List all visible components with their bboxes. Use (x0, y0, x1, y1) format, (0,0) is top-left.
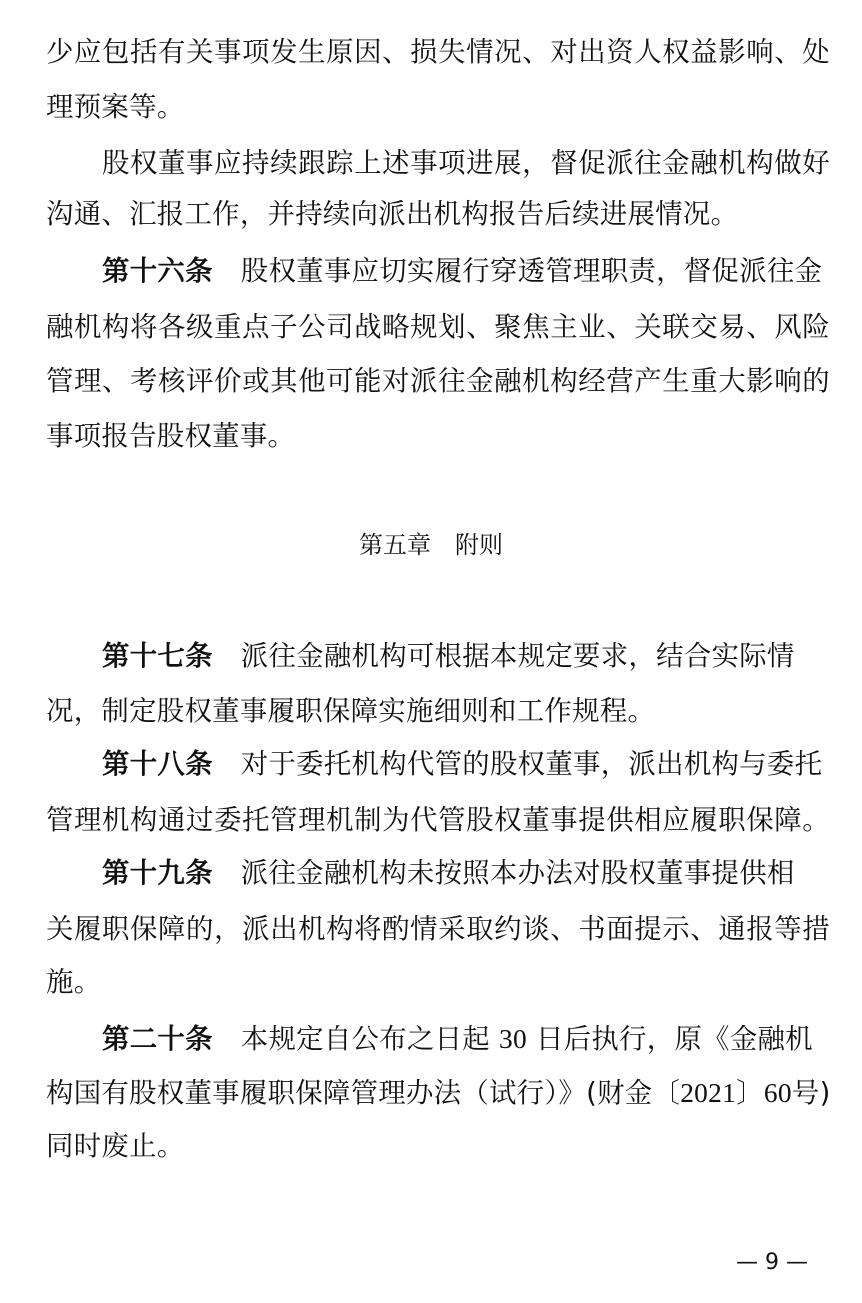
article-16-text: 股权董事应切实履行穿透管理职责，督促派往金 (241, 256, 823, 287)
article-17-line: 第十七条派往金融机构可根据本规定要求，结合实际情 (102, 640, 830, 674)
article-20-text: 〕 (736, 1078, 764, 1109)
paragraph-line: 理预案等。 (46, 91, 830, 125)
article-19-title: 第十九条 (102, 858, 213, 889)
paragraph-line: 关履职保障的，派出机构将酌情采取约谈、书面提示、通报等措 (46, 913, 830, 947)
article-20-text: 日后执行，原《金融机 (536, 1024, 813, 1055)
paragraph-line: 股权董事应持续跟踪上述事项进展，督促派往金融机构做好 (102, 147, 830, 181)
paragraph-line: 管理机构通过委托管理机制为代管股权董事提供相应履职保障。 (46, 804, 830, 838)
article-18-line: 第十八条对于委托机构代管的股权董事，派出机构与委托 (102, 748, 830, 782)
paragraph-line: 施。 (46, 966, 830, 1000)
paragraph-line: 事项报告股权董事。 (46, 420, 830, 454)
paragraph-line: 融机构将各级重点子公司战略规划、聚焦主业、关联交易、风险 (46, 311, 830, 345)
article-20-line: 构国有股权董事履职保障管理办法（试行）》(财金〔2021〕60号) (46, 1076, 830, 1111)
article-20-text: 本规定自公布之日起 (241, 1024, 490, 1055)
article-20-line: 第二十条本规定自公布之日起 30 日后执行，原《金融机 (102, 1022, 830, 1057)
paragraph-line: 况，制定股权董事履职保障实施细则和工作规程。 (46, 695, 830, 729)
paragraph-line: 少应包括有关事项发生原因、损失情况、对出资人权益影响、处 (46, 36, 830, 70)
article-16-line: 第十六条股权董事应切实履行穿透管理职责，督促派往金 (102, 255, 830, 289)
paragraph-line: 同时废止。 (46, 1130, 830, 1164)
article-17-title: 第十七条 (102, 641, 213, 672)
article-19-line: 第十九条派往金融机构未按照本办法对股权董事提供相 (102, 857, 830, 891)
article-16-title: 第十六条 (102, 256, 213, 287)
paragraph-line: 管理、考核评价或其他可能对派往金融机构经营产生重大影响的 (46, 365, 830, 399)
chapter-heading: 第五章 附则 (0, 528, 862, 562)
article-20-text: 号) (792, 1078, 831, 1109)
article-20-title: 第二十条 (102, 1024, 213, 1055)
article-18-text: 对于委托机构代管的股权董事，派出机构与委托 (241, 749, 823, 780)
page-number: — 9 — (736, 1248, 808, 1278)
article-18-title: 第十八条 (102, 749, 213, 780)
article-19-text: 派往金融机构未按照本办法对股权董事提供相 (241, 858, 795, 889)
document-year: 2021 (680, 1078, 736, 1108)
article-17-text: 派往金融机构可根据本规定要求，结合实际情 (241, 641, 795, 672)
document-number: 60 (764, 1078, 792, 1108)
paragraph-line: 沟通、汇报工作，并持续向派出机构报告后续进展情况。 (46, 198, 830, 232)
article-20-text: 构国有股权董事履职保障管理办法（试行）》(财金〔 (46, 1078, 680, 1109)
article-20-days: 30 (499, 1024, 527, 1054)
